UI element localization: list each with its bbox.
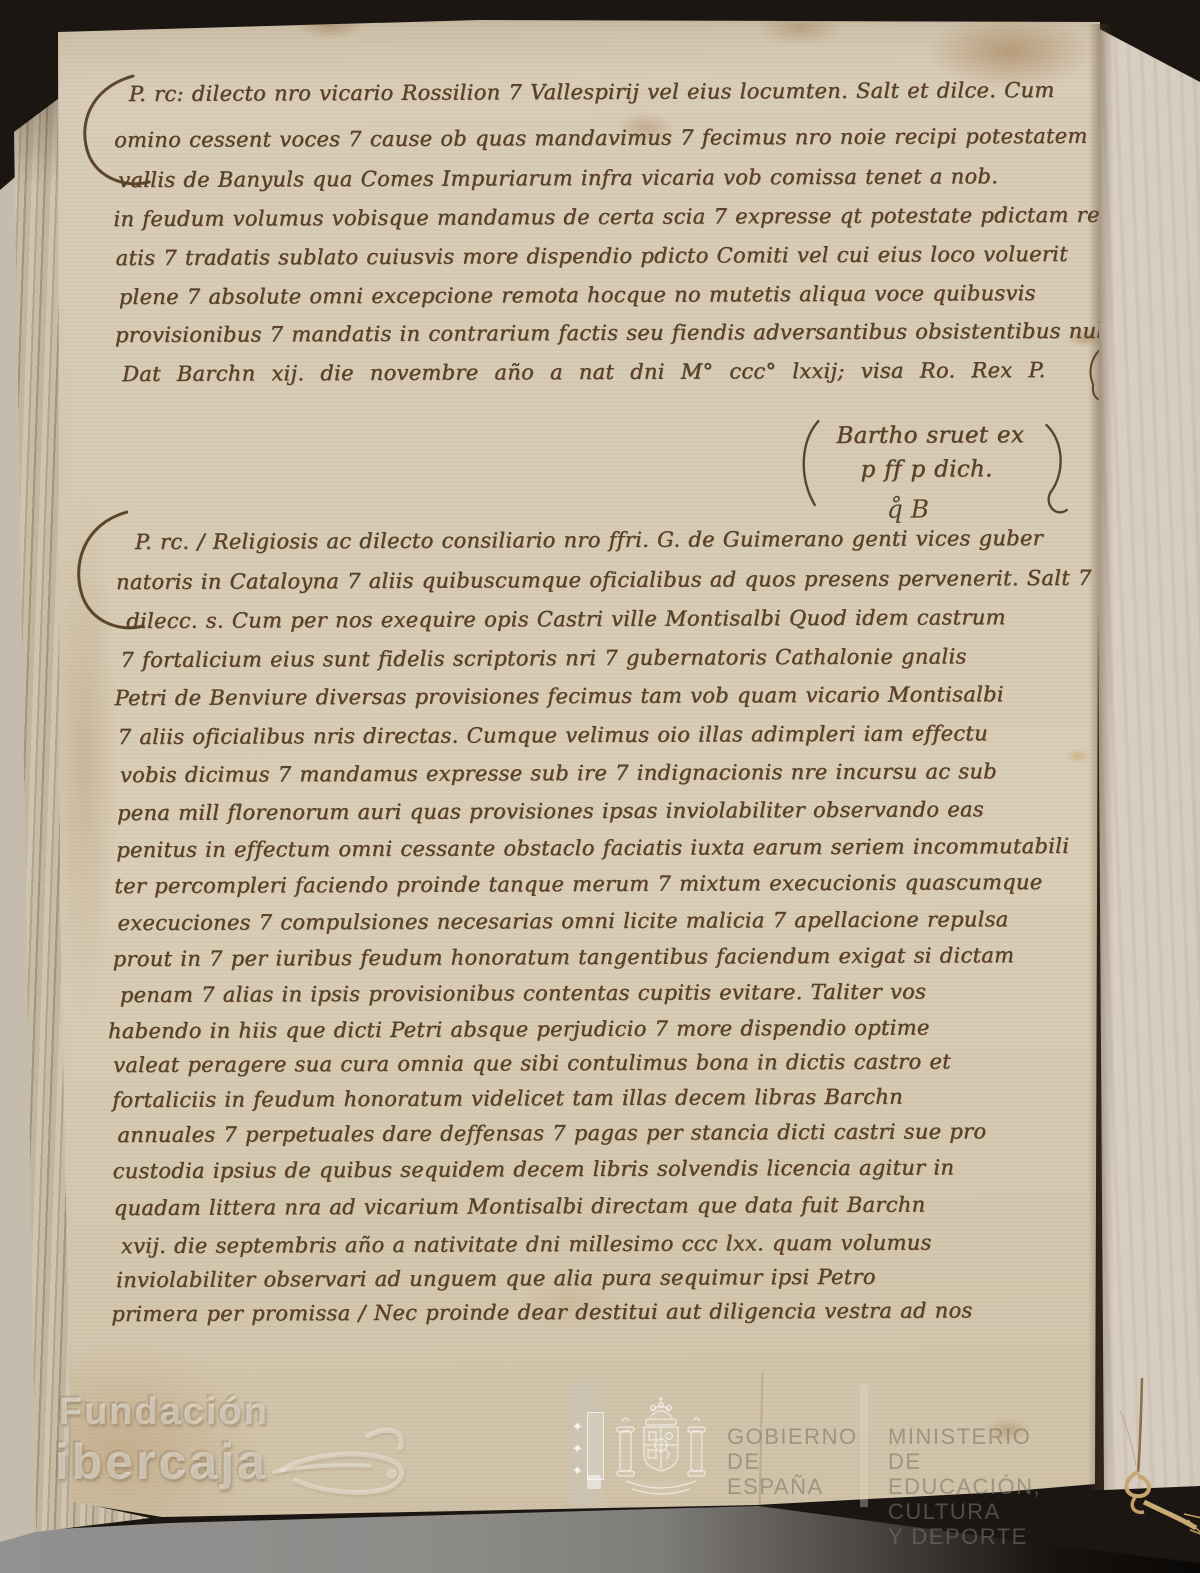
manuscript-line: execuciones 7 compulsiones necesarias om…: [118, 907, 1009, 935]
marginal-notary-mark: q̊ B: [887, 495, 929, 524]
chancery-signature: Bartho sruet ex: [836, 422, 1024, 449]
manuscript-line: valeat peragere sua cura omnia que sibi …: [113, 1049, 951, 1077]
manuscript-page: P. rc: dilecto nro vicario Rossilion 7 V…: [0, 0, 1200, 1573]
manuscript-line: omino cessent voces 7 cause ob quas mand…: [114, 124, 1088, 152]
manuscript-line: fortaliciis in feudum honoratum videlice…: [112, 1085, 903, 1112]
manuscript-line: pena mill florenorum auri quas provision…: [117, 797, 984, 825]
handwritten-text-layer: P. rc: dilecto nro vicario Rossilion 7 V…: [0, 0, 1200, 1573]
manuscript-line: P. rc: dilecto nro vicario Rossilion 7 V…: [129, 78, 1055, 106]
manuscript-line: penam 7 alias in ipsis provisionibus con…: [120, 980, 926, 1008]
manuscript-line: custodia ipsius de quibus sequidem decem…: [113, 1155, 955, 1183]
manuscript-line: vobis dicimus 7 mandamus expresse sub ir…: [120, 759, 997, 787]
manuscript-line: quadam littera nra ad vicarium Montisalb…: [114, 1193, 926, 1221]
manuscript-date-line: Dat Barchn xij. die novembre año a nat d…: [122, 358, 1045, 386]
signature-bracket-left-icon: [796, 417, 824, 509]
chancery-signature: p ff p dich.: [861, 456, 993, 483]
manuscript-line: dilecc. s. Cum per nos exequire opis Cas…: [126, 605, 1006, 633]
manuscript-line: xvij. die septembris año a nativitate dn…: [121, 1231, 932, 1259]
manuscript-line: habendo in hiis que dicti Petri absque p…: [108, 1016, 930, 1044]
manuscript-line: P. rc. / Religiosis ac dilecto consiliar…: [135, 526, 1043, 554]
manuscript-line: Petri de Benviure diversas provisiones f…: [115, 682, 1004, 710]
manuscript-line: atis 7 tradatis sublato cuiusvis more di…: [116, 242, 1068, 270]
manuscript-line: natoris in Cataloyna 7 aliis quibuscumqu…: [116, 566, 1092, 594]
binding-thread-icon: [1088, 1368, 1200, 1568]
signature-bracket-right-icon: [1040, 422, 1074, 522]
manuscript-line: plene 7 absolute omni excepcione remota …: [119, 281, 1036, 309]
manuscript-line: vallis de Banyuls qua Comes Impuriarum i…: [118, 164, 998, 192]
manuscript-line: 7 fortalicium eius sunt fidelis scriptor…: [120, 644, 966, 672]
manuscript-line: prout in 7 per iuribus feudum honoratum …: [113, 943, 1015, 971]
manuscript-line: 7 aliis oficialibus nris directas. Cumqu…: [118, 721, 988, 749]
manuscript-photo: P. rc: dilecto nro vicario Rossilion 7 V…: [0, 0, 1200, 1573]
manuscript-line: ter percompleri faciendo proinde tanque …: [114, 870, 1042, 898]
manuscript-line: provisionibus 7 mandatis in contrarium f…: [115, 318, 1198, 347]
manuscript-line: penitus in effectum omni cessante obstac…: [116, 834, 1069, 862]
manuscript-line: in feudum volumus vobisque mandamus de c…: [113, 203, 1149, 232]
manuscript-line: primera per promissa / Nec proinde dear …: [111, 1298, 972, 1326]
manuscript-line: annuales 7 perpetuales dare deffensas 7 …: [117, 1119, 986, 1147]
manuscript-line: inviolabiliter observari ad unguem que a…: [116, 1265, 876, 1292]
gutter-fold-shadow: [1088, 24, 1114, 1490]
